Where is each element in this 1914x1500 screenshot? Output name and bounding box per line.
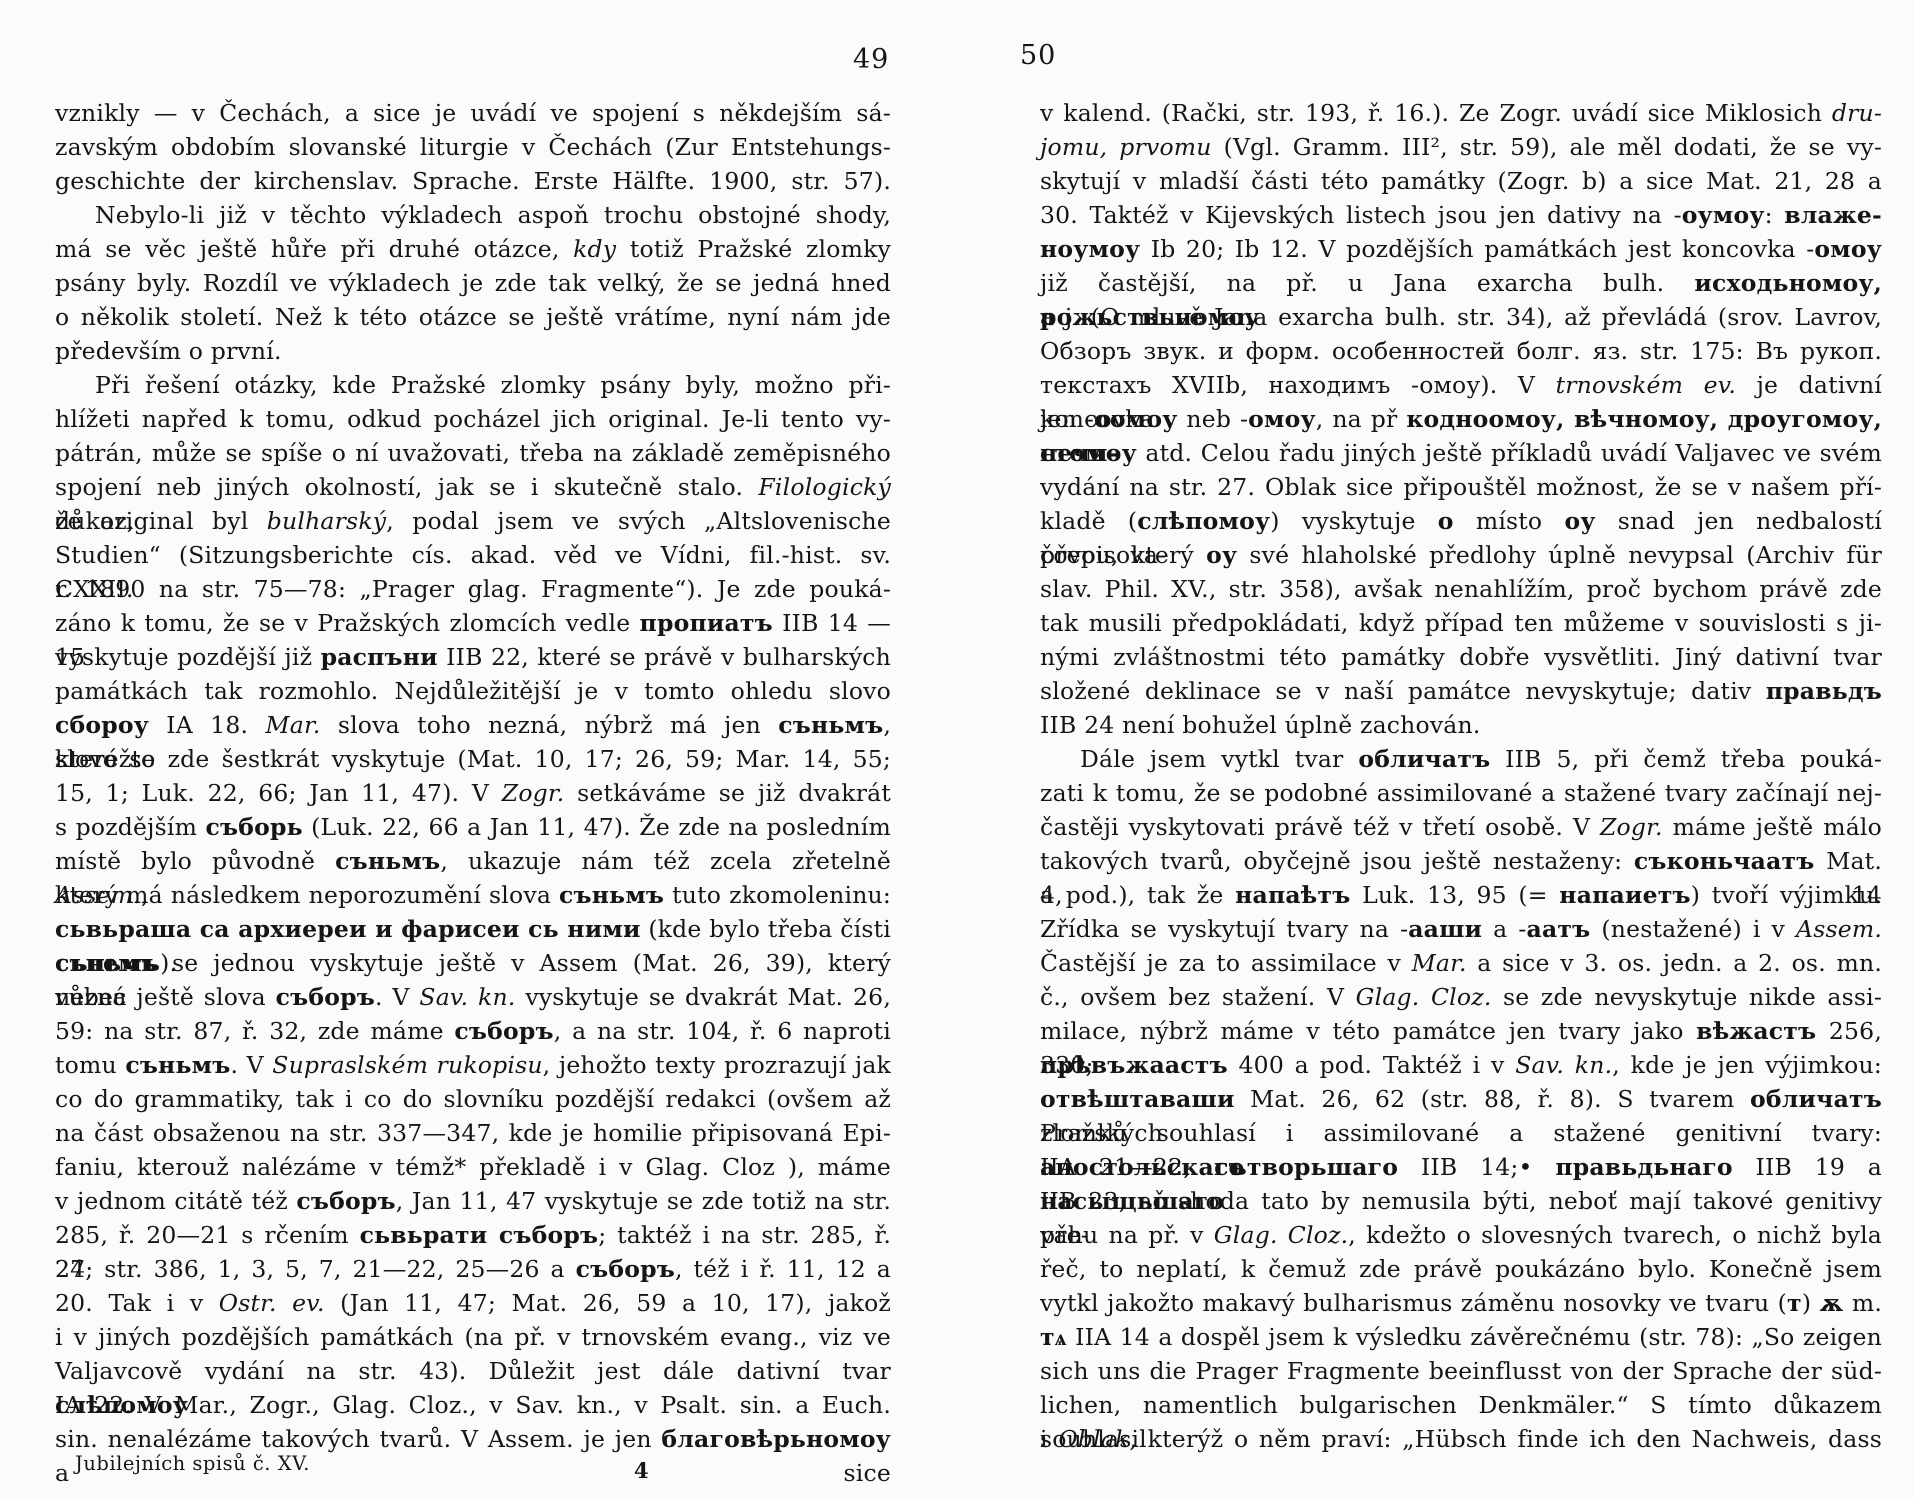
- italic-term: Supraslském rukopisu: [272, 1051, 542, 1079]
- text-run: IIA 21—22;: [1040, 1153, 1214, 1181]
- text-line: v kalend. (Rački, str. 193, ř. 16.). Ze …: [1040, 96, 1882, 130]
- text-line: Valjavcově vydání na str. 43). Důležit j…: [55, 1354, 891, 1388]
- text-run: 59: na str. 87, ř. 32, zde máme: [55, 1017, 454, 1045]
- italic-term: Ostr. ev.: [219, 1289, 325, 1317]
- text-line: zlomků souhlasí i assimilované a stažené…: [1040, 1116, 1882, 1150]
- ocs-cyrillic-term: сьвьрати съборъ: [360, 1221, 599, 1249]
- ocs-cyrillic-term: о: [1438, 507, 1454, 535]
- text-run: místo: [1454, 507, 1565, 535]
- ocs-cyrillic-term: съборъ: [454, 1017, 553, 1045]
- text-run: Обзоръ звук. и форм. особенностей болг. …: [1040, 337, 1882, 365]
- text-run: a sice v 3. os. jedn. a 2. os. mn.: [1467, 949, 1882, 977]
- ocs-cyrillic-term: пропиатъ: [640, 609, 773, 637]
- text-line: 27; str. 386, 1, 3, 5, 7, 21—22, 25—26 a…: [55, 1252, 891, 1286]
- text-line: zavským obdobím slovanské liturgie v Čec…: [55, 130, 891, 164]
- text-run: má se věc ještě hůře při druhé otázce,: [55, 235, 573, 263]
- ocs-cyrillic-term: отвѣштаваши: [1040, 1085, 1235, 1113]
- text-line: co do grammatiky, tak i co do slovníku p…: [55, 1082, 891, 1116]
- text-run: v jednom citátě též: [55, 1187, 296, 1215]
- text-line: spojení neb jiných okolností, jak se i s…: [55, 470, 891, 504]
- ocs-cyrillic-term: влаже-: [1784, 201, 1882, 229]
- text-run: vydání na str. 27. Oblak sice připouštěl…: [1040, 473, 1882, 501]
- text-run: s pozdějším: [55, 813, 205, 841]
- text-line: památkách tak rozmohlo. Nejdůležitější j…: [55, 674, 891, 708]
- italic-term: Sav. kn.: [1515, 1051, 1612, 1079]
- text-run: nými zvláštnostmi této památky dobře vys…: [1040, 643, 1882, 671]
- text-run: atd. Celou řadu jiných ještě příkladů uv…: [1137, 439, 1882, 467]
- text-run: , podal jsem ve svých „Altslovenische: [386, 507, 891, 535]
- italic-term: Assem.: [1796, 915, 1882, 943]
- text-run: 30. Taktéž v Kijevských listech jsou jen…: [1040, 201, 1682, 229]
- text-line: především o první.: [55, 334, 891, 368]
- text-line: i v jiných pozdějších památkách (na př. …: [55, 1320, 891, 1354]
- text-run: složené deklinace se v naší památce nevy…: [1040, 677, 1766, 705]
- ocs-cyrillic-term: сьвьраша са архиереи и фарисеи сь ними: [55, 915, 641, 943]
- text-run: častěji vyskytovati právě též v třetí os…: [1040, 813, 1600, 841]
- page-right-text-column: v kalend. (Rački, str. 193, ř. 16.). Ze …: [1040, 96, 1882, 1456]
- text-line: ноумоу Ib 20; Ib 12. V pozdějších památk…: [1040, 232, 1882, 266]
- text-run: 27; str. 386, 1, 3, 5, 7, 21—22, 25—26 a: [55, 1255, 576, 1283]
- text-run: nezná ještě slova: [55, 983, 276, 1011]
- text-run: památkách tak rozmohlo. Nejdůležitější j…: [55, 677, 891, 705]
- ocs-cyrillic-term: ноумоу: [1040, 235, 1140, 263]
- italic-term: Glag. Cloz.: [1214, 1221, 1348, 1249]
- text-run: zati k tomu, že se podobné assimilované …: [1040, 779, 1882, 807]
- text-run: skytují v mladší části této památky (Zog…: [1040, 167, 1882, 195]
- text-run: IIA 14 a dospěl jsem k výsledku závěrečn…: [1067, 1323, 1882, 1351]
- text-run: který má následkem neporozumění slova: [55, 881, 559, 909]
- text-run: vytkl jakožto makavý bulharismus záměnu …: [1040, 1289, 1787, 1317]
- text-run: vznikly — v Čechách, a sice je uvádí ve …: [55, 99, 891, 127]
- text-run: , ukazuje nám též zcela zřetelně: [440, 847, 891, 875]
- text-run: jen -: [1040, 405, 1094, 433]
- italic-term: Zogr.: [502, 779, 565, 807]
- text-run: slova toho nezná, nýbrž má jen: [321, 711, 779, 739]
- text-line: тѧ IIA 14 a dospěl jsem k výsledku závěr…: [1040, 1320, 1882, 1354]
- text-run: milace, nýbrž máme v této památce jen tv…: [1040, 1017, 1696, 1045]
- italic-term: Mar.: [1412, 949, 1467, 977]
- text-line: 285, ř. 20—21 s rčením сьвьрати съборъ; …: [55, 1218, 891, 1252]
- text-run: a -: [1482, 915, 1526, 943]
- text-run: i v jiných pozdějších památkách (na př. …: [55, 1323, 891, 1351]
- text-run: slovo se zde šestkrát vyskytuje (Mat. 10…: [55, 745, 891, 773]
- text-run: své hlaholské předlohy úplně nevypsal (A…: [1237, 541, 1882, 569]
- text-line: takových tvarů, obyčejně jsou ještě nest…: [1040, 844, 1882, 878]
- text-run: . V: [375, 983, 419, 1011]
- text-run: záno k tomu, že se v Pražských zlomcích …: [55, 609, 640, 637]
- text-run: totiž Pražské zlomky: [616, 235, 891, 263]
- text-run: místě bylo původně: [55, 847, 335, 875]
- ocs-cyrillic-term: слѣпомоу: [1137, 507, 1270, 535]
- italic-term: Mar.: [266, 711, 321, 739]
- text-run: se zde nevyskytuje nikde assi-: [1492, 983, 1883, 1011]
- text-line: tomu съньмъ. V Supraslském rukopisu, jeh…: [55, 1048, 891, 1082]
- text-line: slav. Phil. XV., str. 358), avšak nenahl…: [1040, 572, 1882, 606]
- text-line: 30. Taktéž v Kijevských listech jsou jen…: [1040, 198, 1882, 232]
- text-line: Обзоръ звук. и форм. особенностей болг. …: [1040, 334, 1882, 368]
- text-run: , kterýž o něm praví: „Hübsch finde ich …: [1129, 1425, 1882, 1453]
- text-line: a j. (O mluvě Jana exarcha bulh. str. 34…: [1040, 300, 1882, 334]
- text-line: s pozdějším съборь (Luk. 22, 66 a Jan 11…: [55, 810, 891, 844]
- text-run: r. 1890 na str. 75—78: „Prager glag. Fra…: [55, 575, 891, 603]
- italic-term: trnovském ev.: [1556, 371, 1736, 399]
- text-run: Zřídka se vyskytují tvary na -: [1040, 915, 1408, 943]
- text-run: slav. Phil. XV., str. 358), avšak nenahl…: [1040, 575, 1882, 603]
- text-line: vydání na str. 27. Oblak sice připouštěl…: [1040, 470, 1882, 504]
- text-run: tomu: [55, 1051, 125, 1079]
- text-line: nezná ještě slova съборъ. V Sav. kn. vys…: [55, 980, 891, 1014]
- text-line: častěji vyskytovati právě též v třetí os…: [1040, 810, 1882, 844]
- text-run: že original byl: [55, 507, 267, 535]
- text-line: řeč, to neplatí, k čemuž zde právě pouká…: [1040, 1252, 1882, 1286]
- text-run: Častější je za to assimilace v: [1040, 949, 1412, 977]
- text-run: tak musili předpokládati, když případ te…: [1040, 609, 1882, 637]
- ocs-cyrillic-term: съньмъ: [125, 1051, 230, 1079]
- text-line: jen -оомоу neb -омоу, na př кодноомоу, в…: [1040, 402, 1882, 436]
- text-run: již častější, na př. u Jana exarcha bulh…: [1040, 269, 1694, 297]
- text-line: tak musili předpokládati, když případ te…: [1040, 606, 1882, 640]
- ocs-cyrillic-term: напаѣтъ: [1235, 881, 1350, 909]
- text-run: . V: [230, 1051, 272, 1079]
- text-line: nými zvláštnostmi této památky dobře vys…: [1040, 640, 1882, 674]
- text-line: kladě (слѣпомоу) vyskytuje о místo оу sn…: [1040, 504, 1882, 538]
- text-run: spojení neb jiných okolností, jak se i s…: [55, 473, 758, 501]
- text-run: Ib 20; Ib 12. V pozdějších památkách jes…: [1140, 235, 1814, 263]
- italic-term: bulharský: [267, 507, 386, 535]
- text-line: složené deklinace se v naší památce nevy…: [1040, 674, 1882, 708]
- ocs-cyrillic-term: аатъ: [1527, 915, 1591, 943]
- text-line: IIA 21—22; сътворьшаго IIB 14;• правьдьн…: [1040, 1150, 1882, 1184]
- text-line: čovou, který оу své hlaholské předlohy ú…: [1040, 538, 1882, 572]
- text-line: geschichte der kirchenslav. Sprache. Ers…: [55, 164, 891, 198]
- text-run: pátrán, může se spíše o ní uvažovati, tř…: [55, 439, 891, 467]
- italic-term: jomu, prvomu: [1040, 133, 1212, 161]
- text-run: o několik století. Než k této otázce se …: [55, 303, 891, 331]
- text-line: psány byly. Rozdíl ve výkladech je zde t…: [55, 266, 891, 300]
- text-line: na část obsaženou na str. 337—347, kde j…: [55, 1116, 891, 1150]
- text-run: máme ještě málo: [1663, 813, 1882, 841]
- ocs-cyrillic-term: съборь: [205, 813, 302, 841]
- text-line: milace, nýbrž máme v této památce jen tv…: [1040, 1014, 1882, 1048]
- text-line: vznikly — v Čechách, a sice je uvádí ve …: [55, 96, 891, 130]
- ocs-cyrillic-term: съборъ: [296, 1187, 395, 1215]
- text-line: Dále jsem vytkl tvar обличатъ IIB 5, při…: [1040, 742, 1882, 776]
- ocs-cyrillic-term: оу: [1564, 507, 1595, 535]
- text-run: (nestažené) i v: [1590, 915, 1796, 943]
- text-line: IIB 24 není bohužel úplně zachován.: [1040, 708, 1882, 742]
- text-run: IIB 24 není bohužel úplně zachován.: [1040, 711, 1481, 739]
- text-line: IIB 23, ač shoda tato by nemusila býti, …: [1040, 1184, 1882, 1218]
- text-run: , jehožto texty prozrazují jak: [543, 1051, 891, 1079]
- ocs-cyrillic-term: съборъ: [576, 1255, 675, 1283]
- text-line: který má následkem neporozumění slova съ…: [55, 878, 891, 912]
- text-run: a pod.), tak že: [1040, 881, 1235, 909]
- text-run: Při řešení otázky, kde Pražské zlomky ps…: [95, 371, 891, 399]
- italic-term: dru-: [1832, 99, 1882, 127]
- text-run: 285, ř. 20—21 s rčením: [55, 1221, 360, 1249]
- text-line: lichen, namentlich bulgarischen Denkmäle…: [1040, 1388, 1882, 1422]
- text-line: slovo se zde šestkrát vyskytuje (Mat. 10…: [55, 742, 891, 776]
- text-line: v jednom citátě též съборъ, Jan 11, 47 v…: [55, 1184, 891, 1218]
- text-line: 20. Tak i v Ostr. ev. (Jan 11, 47; Mat. …: [55, 1286, 891, 1320]
- text-run: zavským obdobím slovanské liturgie v Čec…: [55, 133, 891, 161]
- text-run: 20. Tak i v: [55, 1289, 219, 1317]
- text-run: vyskytuje se dvakrát Mat. 26,: [516, 983, 892, 1011]
- ocs-cyrillic-term: правьдъ: [1766, 677, 1882, 705]
- text-run: sin. nenalézáme takových tvarů. V Assem.…: [55, 1425, 661, 1453]
- text-run: a j. (O mluvě Jana exarcha bulh. str. 34…: [1040, 303, 1882, 331]
- ocs-cyrillic-term: правьдьнаго: [1555, 1153, 1732, 1181]
- text-run: sich uns die Prager Fragmente beeinfluss…: [1040, 1357, 1882, 1385]
- text-run: IIB 22, které se právě v bulharských: [438, 643, 891, 671]
- text-run: Nebylo-li již v těchto výkladech aspoň t…: [95, 201, 891, 229]
- text-run: neb -: [1177, 405, 1248, 433]
- ocs-cyrillic-term: вѣжастъ: [1696, 1017, 1816, 1045]
- text-line: сьнемъ se jednou vyskytuje ještě v Assem…: [55, 946, 891, 980]
- ocs-cyrillic-term: омоу: [1248, 405, 1316, 433]
- text-run: IA 22. V Mar., Zogr., Glag. Cloz., v Sav…: [55, 1391, 891, 1419]
- text-line: 59: na str. 87, ř. 32, zde máme съборъ, …: [55, 1014, 891, 1048]
- ocs-cyrillic-term: ѫ: [1820, 1289, 1844, 1317]
- ocs-cyrillic-term: стомоу: [1040, 439, 1137, 467]
- text-run: řeč, to neplatí, k čemuž zde právě pouká…: [1040, 1255, 1882, 1283]
- text-run: , kde je jen výjimkou:: [1612, 1051, 1882, 1079]
- text-run: m.: [1843, 1289, 1882, 1317]
- ocs-cyrillic-term: обличатъ: [1750, 1085, 1882, 1113]
- ocs-cyrillic-term: благовѣрьномоу: [661, 1425, 891, 1453]
- text-line: hlížeti napřed k tomu, odkud pocházel ji…: [55, 402, 891, 436]
- text-run: takových tvarů, obyčejně jsou ještě nest…: [1040, 847, 1634, 875]
- text-line: отвѣштаваши Mat. 26, 62 (str. 88, ř. 8).…: [1040, 1082, 1882, 1116]
- text-line: vyskytuje pozdější již распъни IIB 22, k…: [55, 640, 891, 674]
- italic-term: Zogr.: [1600, 813, 1663, 841]
- text-line: o několik století. Než k této otázce se …: [55, 300, 891, 334]
- text-run: Luk. 13, 95 (=: [1351, 881, 1560, 909]
- italic-term: Sav. kn.: [419, 983, 515, 1011]
- ocs-cyrillic-term: тѧ: [1040, 1323, 1067, 1351]
- text-run: především o první.: [55, 337, 282, 365]
- ocs-cyrillic-term: обличатъ: [1358, 745, 1490, 773]
- ocs-cyrillic-term: съньмъ: [335, 847, 440, 875]
- text-run: na část obsaženou na str. 337—347, kde j…: [55, 1119, 891, 1147]
- footer-edition-signature: Jubilejních spisů č. XV.: [75, 1452, 310, 1475]
- text-line: vytkl jakožto makavý bulharismus záměnu …: [1040, 1286, 1882, 1320]
- text-line: vahu na př. v Glag. Cloz., kdežto o slov…: [1040, 1218, 1882, 1252]
- text-line: sin. nenalézáme takových tvarů. V Assem.…: [55, 1422, 891, 1456]
- text-run: v kalend. (Rački, str. 193, ř. 16.). Ze …: [1040, 99, 1832, 127]
- text-line: zati k tomu, že se podobné assimilované …: [1040, 776, 1882, 810]
- text-line: pátrán, může se spíše o ní uvažovati, tř…: [55, 436, 891, 470]
- footer-sheet-number: 4: [634, 1458, 649, 1483]
- ocs-cyrillic-term: сътворьшаго: [1214, 1153, 1398, 1181]
- text-line: skytují v mladší části této památky (Zog…: [1040, 164, 1882, 198]
- text-run: Valjavcově vydání na str. 43). Důležit j…: [55, 1357, 891, 1385]
- text-line: sich uns die Prager Fragmente beeinfluss…: [1040, 1354, 1882, 1388]
- ocs-cyrillic-term: ааши: [1408, 915, 1482, 943]
- text-run: co do grammatiky, tak i co do slovníku p…: [55, 1085, 891, 1113]
- text-run: :: [1765, 201, 1785, 229]
- text-line: 15, 1; Luk. 22, 66; Jan 11, 47). V Zogr.…: [55, 776, 891, 810]
- text-run: čovou, který: [1040, 541, 1206, 569]
- italic-term: Filologický: [758, 473, 891, 501]
- text-line: Studien“ (Sitzungsberichte cís. akad. vě…: [55, 538, 891, 572]
- text-line: má se věc ještě hůře při druhé otázce, k…: [55, 232, 891, 266]
- text-run: (Vgl. Gramm. III², str. 59), ale měl dod…: [1212, 133, 1882, 161]
- ocs-cyrillic-term: съборъ: [276, 983, 375, 1011]
- text-line: текстахъ XVIIb, находимъ -омоу). V trnov…: [1040, 368, 1882, 402]
- text-line: Častější je za to assimilace v Mar. a si…: [1040, 946, 1882, 980]
- text-run: vyskytuje pozdější již: [55, 643, 321, 671]
- text-run: , kdežto o slovesných tvarech, o nichž b…: [1348, 1221, 1882, 1249]
- text-run: (Jan 11, 47; Mat. 26, 59 a 10, 17), jako…: [325, 1289, 891, 1317]
- text-run: (kde bylo třeba čísti: [641, 915, 891, 943]
- text-run: 400 a pod. Taktéž i v: [1228, 1051, 1515, 1079]
- text-run: IIB 5, při čemž třeba pouká-: [1490, 745, 1882, 773]
- text-run: IA 18.: [149, 711, 266, 739]
- text-run: , na př: [1316, 405, 1407, 433]
- ocs-cyrillic-term: распъни: [321, 643, 438, 671]
- text-line: že original byl bulharský, podal jsem ve…: [55, 504, 891, 538]
- text-run: zlomků souhlasí i assimilované a stažené…: [1040, 1119, 1882, 1147]
- text-line: r. 1890 na str. 75—78: „Prager glag. Fra…: [55, 572, 891, 606]
- text-run: ): [1802, 1289, 1820, 1317]
- text-run: (Luk. 22, 66 a Jan 11, 47). Že zde na po…: [303, 813, 891, 841]
- text-line: IA 22. V Mar., Zogr., Glag. Cloz., v Sav…: [55, 1388, 891, 1422]
- ocs-cyrillic-term: омоу: [1814, 235, 1882, 263]
- text-run: psány byly. Rozdíl ve výkladech je zde t…: [55, 269, 891, 297]
- text-run: č., ovšem bez stažení. V: [1040, 983, 1356, 1011]
- text-run: vahu na př. v: [1040, 1221, 1214, 1249]
- italic-term: kdy: [573, 235, 616, 263]
- text-line: стомоу atd. Celou řadu jiných ještě přík…: [1040, 436, 1882, 470]
- ocs-cyrillic-term: оумоу: [1682, 201, 1765, 229]
- book-scan: 49 50 vznikly — v Čechách, a sice je uvá…: [0, 0, 1914, 1500]
- text-line: již častější, na př. u Jana exarcha bulh…: [1040, 266, 1882, 300]
- text-line: jomu, prvomu (Vgl. Gramm. III², str. 59)…: [1040, 130, 1882, 164]
- page-left-text-column: vznikly — v Čechách, a sice je uvádí ve …: [55, 96, 891, 1456]
- text-run: tuto zkomoleninu:: [664, 881, 891, 909]
- text-run: IIB 19 a: [1733, 1153, 1882, 1181]
- text-line: a pod.), tak že напаѣтъ Luk. 13, 95 (= н…: [1040, 878, 1882, 912]
- text-line: Nebylo-li již v těchto výkladech aspoň t…: [55, 198, 891, 232]
- text-line: сьвьраша са архиереи и фарисеи сь ними (…: [55, 912, 891, 946]
- text-line: Při řešení otázky, kde Pražské zlomky ps…: [55, 368, 891, 402]
- text-run: faniu, kterouž nalézáme v témž* překladě…: [55, 1153, 891, 1181]
- text-run: IIB 14;•: [1398, 1153, 1555, 1181]
- page-number-right: 50: [1020, 40, 1056, 71]
- text-run: , též i ř. 11, 12 a: [675, 1255, 891, 1283]
- text-run: i: [1040, 1425, 1058, 1453]
- text-run: ) vyskytuje: [1270, 507, 1437, 535]
- ocs-cyrillic-term: оомоу: [1094, 405, 1177, 433]
- ocs-cyrillic-term: сбороу: [55, 711, 149, 739]
- text-run: Mat. 26, 62 (str. 88, ř. 8). S tvarem: [1235, 1085, 1750, 1113]
- ocs-cyrillic-term: прѣвъжаастъ: [1040, 1051, 1228, 1079]
- ocs-cyrillic-term: сьнемъ: [55, 949, 157, 977]
- ocs-cyrillic-term: съньмъ: [559, 881, 664, 909]
- text-line: Zřídka se vyskytují tvary na -ааши a -аа…: [1040, 912, 1882, 946]
- text-run: setkáváme se již dvakrát: [564, 779, 891, 807]
- text-run: hlížeti napřed k tomu, odkud pocházel ji…: [55, 405, 891, 433]
- ocs-cyrillic-term: т: [1787, 1289, 1802, 1317]
- text-line: сбороу IA 18. Mar. slova toho nezná, nýb…: [55, 708, 891, 742]
- text-line: č., ovšem bez stažení. V Glag. Cloz. se …: [1040, 980, 1882, 1014]
- ocs-cyrillic-term: напаиетъ: [1559, 881, 1690, 909]
- text-line: místě bylo původně съньмъ, ukazuje nám t…: [55, 844, 891, 878]
- page-number-left: 49: [853, 44, 889, 75]
- ocs-cyrillic-term: съконьчаатъ: [1634, 847, 1815, 875]
- ocs-cyrillic-term: съньмъ: [778, 711, 883, 739]
- text-run: 15, 1; Luk. 22, 66; Jan 11, 47). V: [55, 779, 502, 807]
- text-run: Dále jsem vytkl tvar: [1080, 745, 1358, 773]
- text-run: , a na str. 104, ř. 6 naproti: [554, 1017, 891, 1045]
- text-line: прѣвъжаастъ 400 a pod. Taktéž i v Sav. k…: [1040, 1048, 1882, 1082]
- ocs-cyrillic-term: оу: [1206, 541, 1237, 569]
- text-run: geschichte der kirchenslav. Sprache. Ers…: [55, 167, 891, 195]
- text-line: faniu, kterouž nalézáme v témž* překladě…: [55, 1150, 891, 1184]
- text-run: , Jan 11, 47 vyskytuje se zde totiž na s…: [396, 1187, 891, 1215]
- text-line: i Oblak, kterýž o něm praví: „Hübsch fin…: [1040, 1422, 1882, 1456]
- text-run: текстахъ XVIIb, находимъ -омоу). V: [1040, 371, 1556, 399]
- text-line: záno k tomu, že se v Pražských zlomcích …: [55, 606, 891, 640]
- italic-term: Oblak: [1058, 1425, 1129, 1453]
- text-run: kladě (: [1040, 507, 1137, 535]
- text-run: ) tvoří výjimku.: [1691, 881, 1882, 909]
- italic-term: Glag. Cloz.: [1356, 983, 1492, 1011]
